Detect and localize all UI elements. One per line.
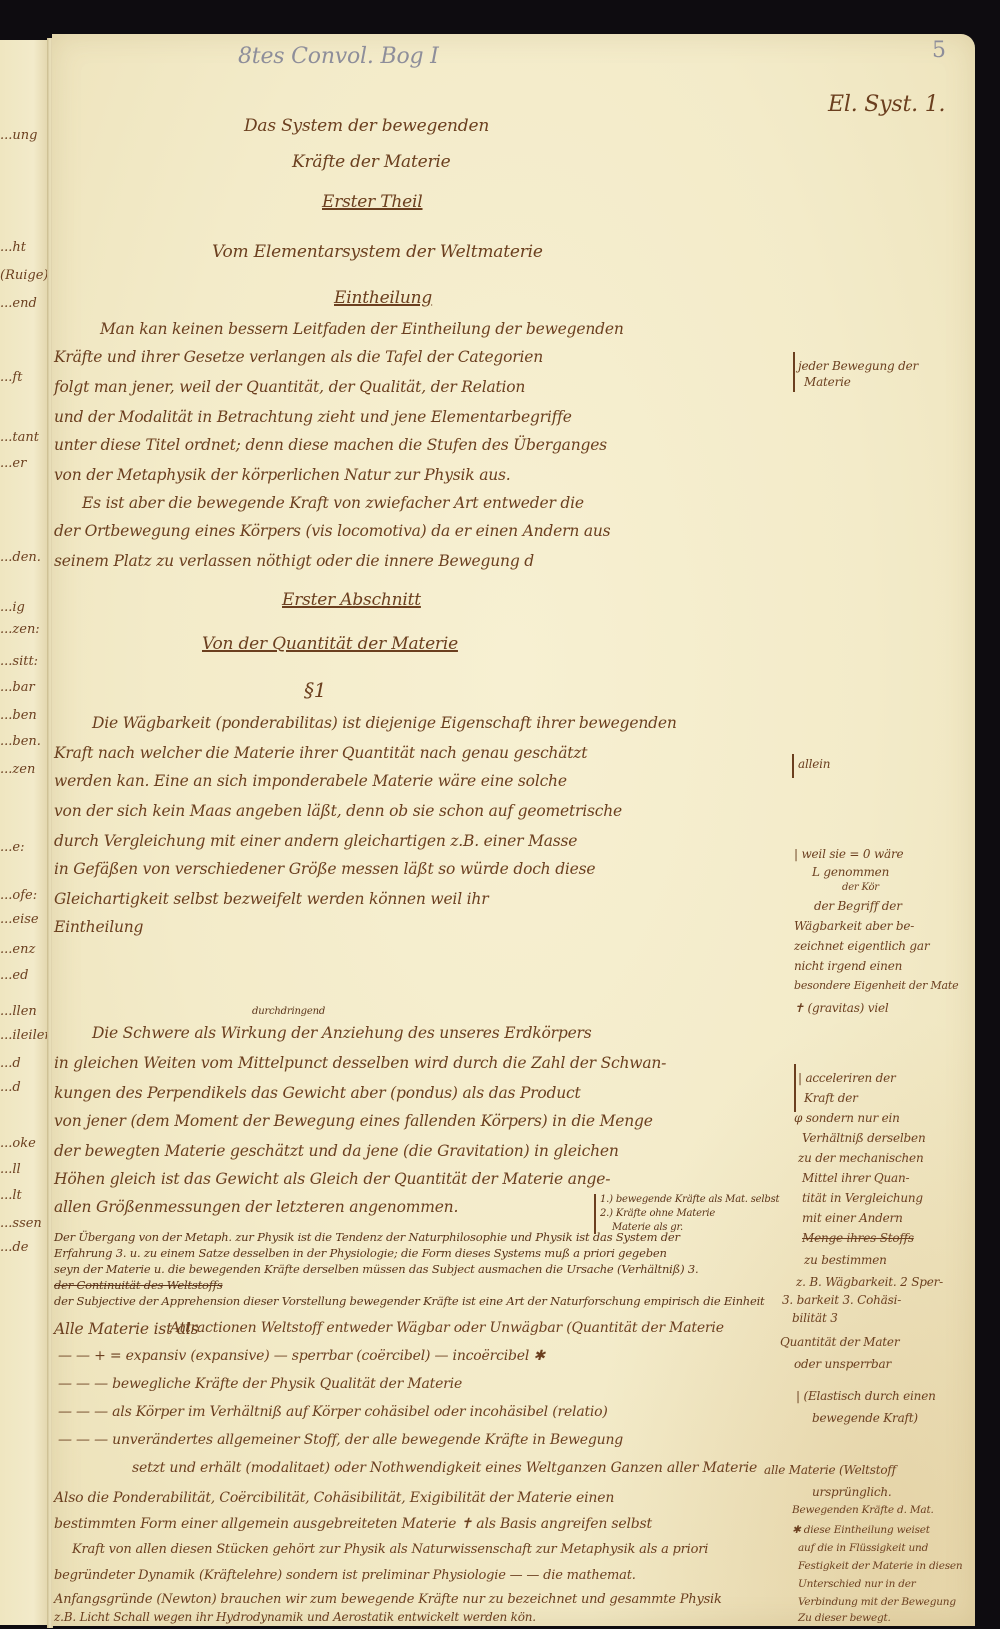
prev-page-text: ...ung xyxy=(0,128,37,143)
margin-note: ursprünglich. xyxy=(812,1484,892,1501)
text-line: folgt man jener, weil der Quantität, der… xyxy=(54,378,525,396)
prev-page-text: ...llen xyxy=(0,1004,37,1019)
pencil-shelfmark: 8tes Convol. Bog I xyxy=(238,44,439,69)
text-line: — — + = expansiv (expansive) — sperrbar … xyxy=(58,1348,545,1364)
prev-page-text: ...ssen xyxy=(0,1216,42,1231)
margin-note: der Begriff der xyxy=(814,898,902,915)
text-line: von der sich kein Maas angeben läßt, den… xyxy=(54,802,622,820)
dense-note-line: Der Übergang von der Metaph. zur Physik … xyxy=(54,1230,680,1244)
text-line: der bewegten Materie geschätzt und da je… xyxy=(54,1142,619,1160)
margin-note: mit einer Andern xyxy=(802,1210,903,1227)
margin-note: der Kör xyxy=(842,880,879,897)
margin-note: | (Elastisch durch einen xyxy=(796,1388,936,1405)
prev-page-text: ...zen: xyxy=(0,622,40,637)
margin-note: Materie xyxy=(804,374,851,391)
text-line: Kraft nach welcher die Materie ihrer Qua… xyxy=(54,744,587,762)
margin-note: zu der mechanischen xyxy=(798,1150,924,1167)
text-line: Eintheilung xyxy=(54,918,143,936)
margin-note: ✱ diese Eintheilung weiset xyxy=(792,1522,930,1539)
inline-note: 1.) bewegende Kräfte als Mat. selbst xyxy=(600,1194,779,1205)
margin-note: nicht irgend einen xyxy=(794,958,902,975)
margin-note: auf die in Flüssigkeit und xyxy=(798,1540,928,1557)
inline-note: 2.) Kräfte ohne Materie xyxy=(600,1208,715,1219)
prev-page-text: ...ht xyxy=(0,240,26,255)
margin-note: allein xyxy=(798,756,830,773)
prev-page-text: ...bar xyxy=(0,680,35,695)
margin-note: Verbindung mit der Bewegung xyxy=(798,1594,956,1611)
margin-note: oder unsperrbar xyxy=(794,1356,891,1373)
margin-note: Menge ihres Stoffs xyxy=(802,1230,914,1247)
prev-page-text: ...d xyxy=(0,1080,21,1095)
margin-note: z. B. Wägbarkeit. 2 Sper- xyxy=(796,1274,943,1291)
margin-note: Verhältniß derselben xyxy=(802,1130,925,1147)
prev-page-text: ...ig xyxy=(0,600,25,615)
prev-page-text: ...ft xyxy=(0,370,22,385)
part-heading: Erster Theil xyxy=(322,192,423,212)
prev-page-text: ...end xyxy=(0,296,37,311)
text-line: — — — als Körper im Verhältniß auf Körpe… xyxy=(58,1404,608,1420)
text-line: seinem Platz zu verlassen nöthigt oder d… xyxy=(54,552,534,570)
text-line: Kräfte und ihrer Gesetze verlangen als d… xyxy=(54,348,543,366)
text-line: von der Metaphysik der körperlichen Natu… xyxy=(54,466,511,484)
prev-page-text: ...ileilen xyxy=(0,1028,53,1043)
margin-note: φ sondern nur ein xyxy=(794,1110,900,1127)
text-line: in gleichen Weiten vom Mittelpunct desse… xyxy=(54,1054,666,1072)
text-line: Die Schwere als Wirkung der Anziehung de… xyxy=(92,1024,592,1042)
text-line: allen Größenmessungen der letzteren ange… xyxy=(54,1198,458,1216)
text-line: begründeter Dynamik (Kräftelehre) sonder… xyxy=(54,1568,636,1583)
prev-page-text: ...ben xyxy=(0,708,37,723)
text-line: setzt und erhält (modalitaet) oder Nothw… xyxy=(132,1460,757,1476)
prev-page-text: ...ed xyxy=(0,968,28,983)
prev-page-text: ...den. xyxy=(0,550,41,565)
prev-page-text: ...oke xyxy=(0,1136,36,1151)
prev-page-text: ...ofe: xyxy=(0,888,37,903)
margin-note: | acceleriren der xyxy=(798,1070,896,1087)
prev-page-text: ...eise xyxy=(0,912,39,927)
text-line: in Gefäßen von verschiedener Größe messe… xyxy=(54,860,595,878)
margin-note: Unterschied nur in der xyxy=(798,1576,916,1593)
margin-note: 3. barkeit 3. Cohäsi- xyxy=(782,1292,901,1309)
margin-note: bewegende Kraft) xyxy=(812,1410,918,1427)
margin-note: Festigkeit der Materie in diesen xyxy=(798,1558,963,1575)
margin-note: Mittel ihrer Quan- xyxy=(802,1170,909,1187)
text-line: — — — unverändertes allgemeiner Stoff, d… xyxy=(58,1432,623,1448)
prev-page-text: ...tant xyxy=(0,430,39,445)
text-line: Die Wägbarkeit (ponderabilitas) ist diej… xyxy=(92,714,677,732)
prev-page-text: ...zen xyxy=(0,762,35,777)
text-line: kungen des Perpendikels das Gewicht aber… xyxy=(54,1084,581,1102)
page-number: 5 xyxy=(932,38,946,63)
prev-page-text: ...er xyxy=(0,456,26,471)
margin-note: ✝ (gravitas) viel xyxy=(794,1000,889,1017)
dense-note-line: Erfahrung 3. u. zu einem Satze desselben… xyxy=(54,1246,667,1260)
margin-note: Quantität der Mater xyxy=(780,1334,899,1351)
text-line: und der Modalität in Betrachtung zieht u… xyxy=(54,408,572,426)
margin-note: bilität 3 xyxy=(792,1310,838,1327)
margin-note: L genommen xyxy=(812,864,889,881)
margin-bracket xyxy=(794,1064,796,1112)
margin-bracket xyxy=(792,754,794,778)
previous-page-edge: ...ung ...ht (Ruige) ...end ...ft ...tan… xyxy=(0,40,49,1625)
text-line: Anfangsgründe (Newton) brauchen wir zum … xyxy=(54,1592,722,1607)
text-line: — — — bewegliche Kräfte der Physik Quali… xyxy=(58,1376,462,1392)
prev-page-text: (Ruige) xyxy=(0,268,48,283)
prev-page-text: ...e: xyxy=(0,840,24,855)
paragraph-mark: §1 xyxy=(304,678,326,702)
text-line: Höhen gleich ist das Gewicht als Gleich … xyxy=(54,1170,610,1188)
prev-page-text: ...ben. xyxy=(0,734,41,749)
text-line: werden kan. Eine an sich imponderabele M… xyxy=(54,772,567,790)
dense-note-line: der Continuität des Weltstoffs xyxy=(54,1278,223,1292)
margin-note: Kraft der xyxy=(804,1090,858,1107)
prev-page-text: ...ll xyxy=(0,1162,21,1177)
text-line: Es ist aber die bewegende Kraft von zwie… xyxy=(82,494,584,512)
text-line: durch Vergleichung mit einer andern glei… xyxy=(54,832,577,850)
margin-note: alle Materie (Weltstoff xyxy=(764,1462,896,1479)
section-heading: Erster Abschnitt xyxy=(282,590,421,610)
text-line: z.B. Licht Schall wegen ihr Hydrodynamik… xyxy=(54,1610,536,1624)
text-line: Man kan keinen bessern Leitfaden der Ein… xyxy=(100,320,624,338)
margin-note: Wägbarkeit aber be- xyxy=(794,918,914,935)
text-line: Attractionen Weltstoff entweder Wägbar o… xyxy=(170,1320,724,1336)
margin-bracket xyxy=(793,352,795,392)
part-subtitle: Vom Elementarsystem der Weltmaterie xyxy=(212,242,543,262)
manuscript-page: 8tes Convol. Bog I 5 El. Syst. 1. Das Sy… xyxy=(52,34,975,1626)
section-tag: El. Syst. 1. xyxy=(828,92,945,117)
prev-page-text: ...lt xyxy=(0,1188,22,1203)
margin-note: zu bestimmen xyxy=(804,1252,887,1269)
interlinear-insertion: durchdringend xyxy=(252,1006,325,1017)
text-line: unter diese Titel ordnet; denn diese mac… xyxy=(54,436,607,454)
note-bracket xyxy=(594,1194,596,1234)
prev-page-text: ...sitt: xyxy=(0,654,38,669)
title-line-2: Kräfte der Materie xyxy=(292,152,450,172)
prev-page-text: ...enz xyxy=(0,942,35,957)
text-line: Also die Ponderabilität, Coërcibilität, … xyxy=(54,1490,614,1506)
title-line-1: Das System der bewegenden xyxy=(244,116,489,136)
dense-note-line: der Subjective der Apprehension dieser V… xyxy=(54,1294,764,1308)
section-subheading: Von der Quantität der Materie xyxy=(202,634,458,654)
text-line: von jener (dem Moment der Bewegung eines… xyxy=(54,1112,653,1130)
text-line: Kraft von allen diesen Stücken gehört zu… xyxy=(72,1542,708,1557)
margin-note: besondere Eigenheit der Mate xyxy=(794,978,958,995)
margin-note: tität in Vergleichung xyxy=(802,1190,923,1207)
margin-note: jeder Bewegung der xyxy=(798,358,918,375)
dense-note-line: seyn der Materie u. die bewegenden Kräft… xyxy=(54,1262,698,1276)
division-heading: Eintheilung xyxy=(334,288,432,308)
prev-page-text: ...de xyxy=(0,1240,28,1255)
text-line: Gleichartigkeit selbst bezweifelt werden… xyxy=(54,890,488,908)
text-line: bestimmten Form einer allgemein ausgebre… xyxy=(54,1516,652,1532)
margin-note: zeichnet eigentlich gar xyxy=(794,938,929,955)
prev-page-text: ...d xyxy=(0,1056,21,1071)
margin-note: Bewegenden Kräfte d. Mat. xyxy=(792,1502,934,1519)
margin-note: | weil sie = 0 wäre xyxy=(794,846,903,863)
margin-note: Zu dieser bewegt. xyxy=(798,1610,891,1627)
text-line: der Ortbewegung eines Körpers (vis locom… xyxy=(54,522,610,540)
